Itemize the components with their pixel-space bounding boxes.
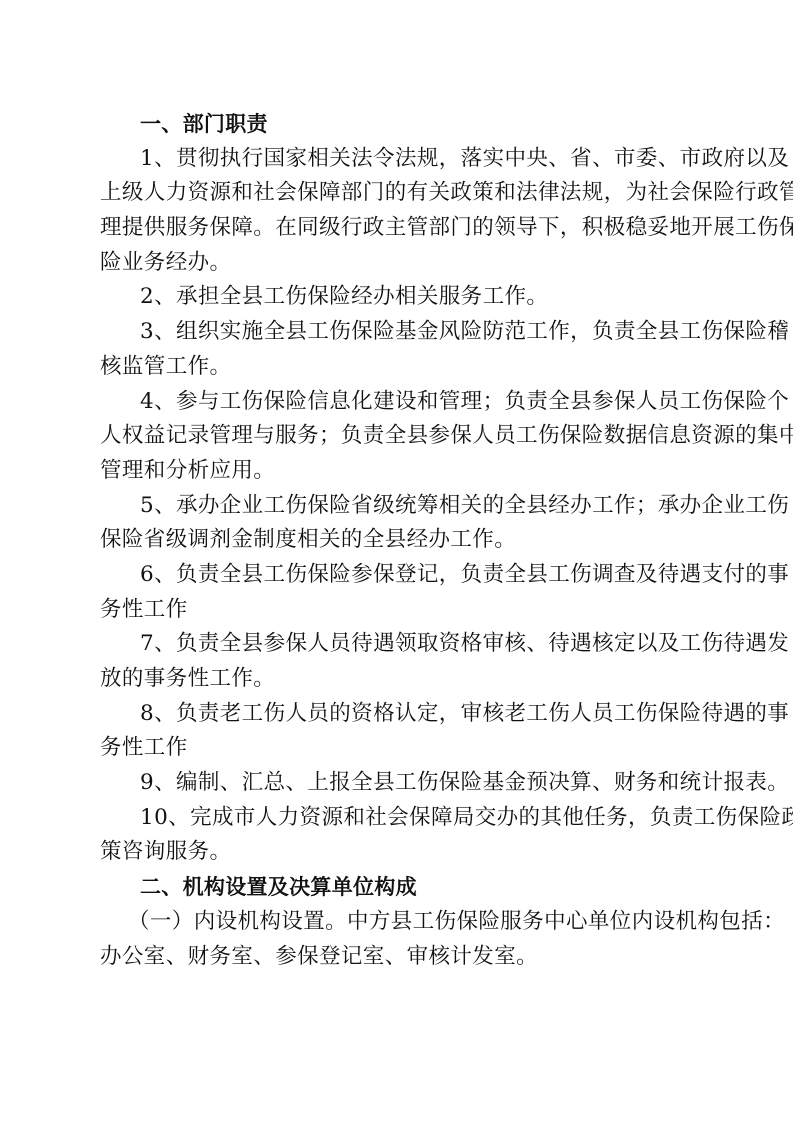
duty-item-7: 7、负责全县参保人员待遇领取资格审核、待遇核定以及工伤待遇发 放的事务性工作。 <box>100 627 698 696</box>
text-line: 9、编制、汇总、上报全县工伤保险基金预决算、财务和统计报表。 <box>100 766 698 801</box>
text-line: 5、承办企业工伤保险省级统筹相关的全县经办工作；承办企业工伤 <box>100 489 698 524</box>
text-line: 上级人力资源和社会保障部门的有关政策和法律法规，为社会保险行政管 <box>100 176 698 211</box>
duty-item-2: 2、承担全县工伤保险经办相关服务工作。 <box>100 280 698 315</box>
text-line: 理提供服务保障。在同级行政主管部门的领导下，积极稳妥地开展工伤保 <box>100 211 698 246</box>
duty-item-1: 1、贯彻执行国家相关法令法规，落实中央、省、市委、市政府以及 上级人力资源和社会… <box>100 142 698 281</box>
text-line: 10、完成市人力资源和社会保障局交办的其他任务，负责工伤保险政 <box>100 801 698 836</box>
internal-structure-paragraph: （一）内设机构设置。中方县工伤保险服务中心单位内设机构包括： 办公室、财务室、参… <box>100 905 698 974</box>
duty-item-4: 4、参与工伤保险信息化建设和管理；负责全县参保人员工伤保险个 人权益记录管理与服… <box>100 385 698 489</box>
text-line: 核监管工作。 <box>100 350 698 385</box>
text-line: 放的事务性工作。 <box>100 662 698 697</box>
text-line: 7、负责全县参保人员待遇领取资格审核、待遇核定以及工伤待遇发 <box>100 627 698 662</box>
text-line: 务性工作 <box>100 731 698 766</box>
text-line: （一）内设机构设置。中方县工伤保险服务中心单位内设机构包括： <box>100 905 698 940</box>
text-line: 6、负责全县工伤保险参保登记，负责全县工伤调查及待遇支付的事 <box>100 558 698 593</box>
text-line: 策咨询服务。 <box>100 835 698 870</box>
text-line: 3、组织实施全县工伤保险基金风险防范工作，负责全县工伤保险稽 <box>100 315 698 350</box>
duty-item-10: 10、完成市人力资源和社会保障局交办的其他任务，负责工伤保险政 策咨询服务。 <box>100 801 698 870</box>
duty-item-9: 9、编制、汇总、上报全县工伤保险基金预决算、财务和统计报表。 <box>100 766 698 801</box>
text-line: 险业务经办。 <box>100 246 698 281</box>
section-heading-organization: 二、机构设置及决算单位构成 <box>100 870 698 905</box>
duty-item-6: 6、负责全县工伤保险参保登记，负责全县工伤调查及待遇支付的事 务性工作 <box>100 558 698 627</box>
duty-item-3: 3、组织实施全县工伤保险基金风险防范工作，负责全县工伤保险稽 核监管工作。 <box>100 315 698 384</box>
text-line: 办公室、财务室、参保登记室、审核计发室。 <box>100 940 698 975</box>
text-line: 8、负责老工伤人员的资格认定，审核老工伤人员工伤保险待遇的事 <box>100 697 698 732</box>
text-line: 保险省级调剂金制度相关的全县经办工作。 <box>100 523 698 558</box>
duty-item-8: 8、负责老工伤人员的资格认定，审核老工伤人员工伤保险待遇的事 务性工作 <box>100 697 698 766</box>
text-line: 2、承担全县工伤保险经办相关服务工作。 <box>100 280 698 315</box>
duty-item-5: 5、承办企业工伤保险省级统筹相关的全县经办工作；承办企业工伤 保险省级调剂金制度… <box>100 489 698 558</box>
section-heading-department-duties: 一、部门职责 <box>100 107 698 142</box>
text-line: 4、参与工伤保险信息化建设和管理；负责全县参保人员工伤保险个 <box>100 385 698 420</box>
text-line: 管理和分析应用。 <box>100 454 698 489</box>
text-line: 务性工作 <box>100 593 698 628</box>
document-page: 一、部门职责 1、贯彻执行国家相关法令法规，落实中央、省、市委、市政府以及 上级… <box>100 107 698 974</box>
text-line: 人权益记录管理与服务；负责全县参保人员工伤保险数据信息资源的集中 <box>100 419 698 454</box>
text-line: 1、贯彻执行国家相关法令法规，落实中央、省、市委、市政府以及 <box>100 142 698 177</box>
